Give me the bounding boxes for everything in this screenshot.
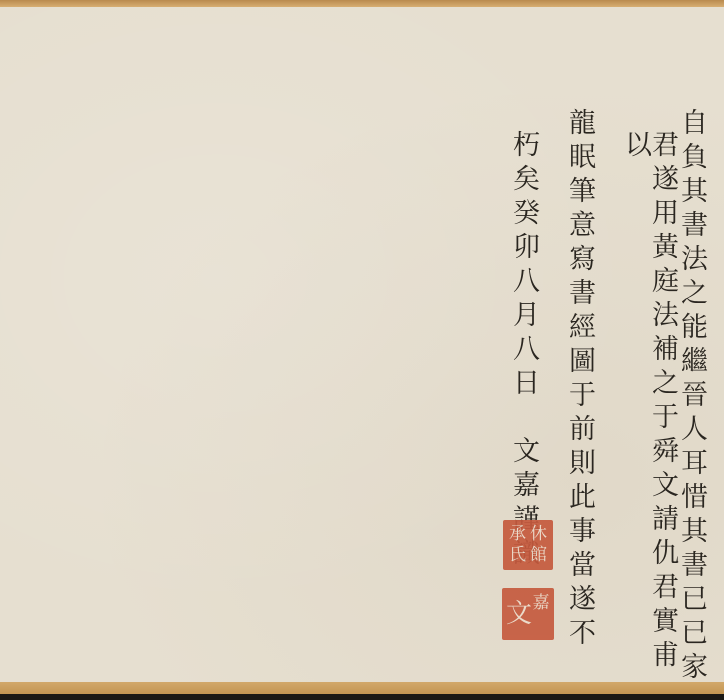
seal-char: 嘉: [533, 595, 550, 612]
inscription-column-3: 龍眠筆意寫書經圖于前則此事當遂不: [566, 108, 593, 652]
seal-char: 館: [530, 547, 547, 564]
seal-char: 氏: [509, 547, 526, 564]
inscription-column-2: 君遂用黃庭法補之于舜文請仇君實甫以: [622, 130, 676, 700]
inscription-column-4-signature: 朽矣癸卯八月八日 文嘉謹識: [510, 130, 537, 572]
seal-stamp-lower: 文 嘉: [502, 588, 554, 640]
seal-char: 文: [506, 601, 532, 627]
seal-char: 承: [509, 526, 526, 543]
scroll-top-mount: [0, 0, 724, 7]
seal-char: 休: [530, 526, 547, 543]
bottom-edge: [0, 694, 724, 700]
scroll-paper: [0, 7, 724, 682]
seal-stamp-upper: 承 休 氏 館: [503, 520, 553, 570]
inscription-column-1: 自負其書法之能繼晉人耳惜其書已已家: [678, 108, 705, 686]
scroll-bottom-mount: [0, 682, 724, 694]
